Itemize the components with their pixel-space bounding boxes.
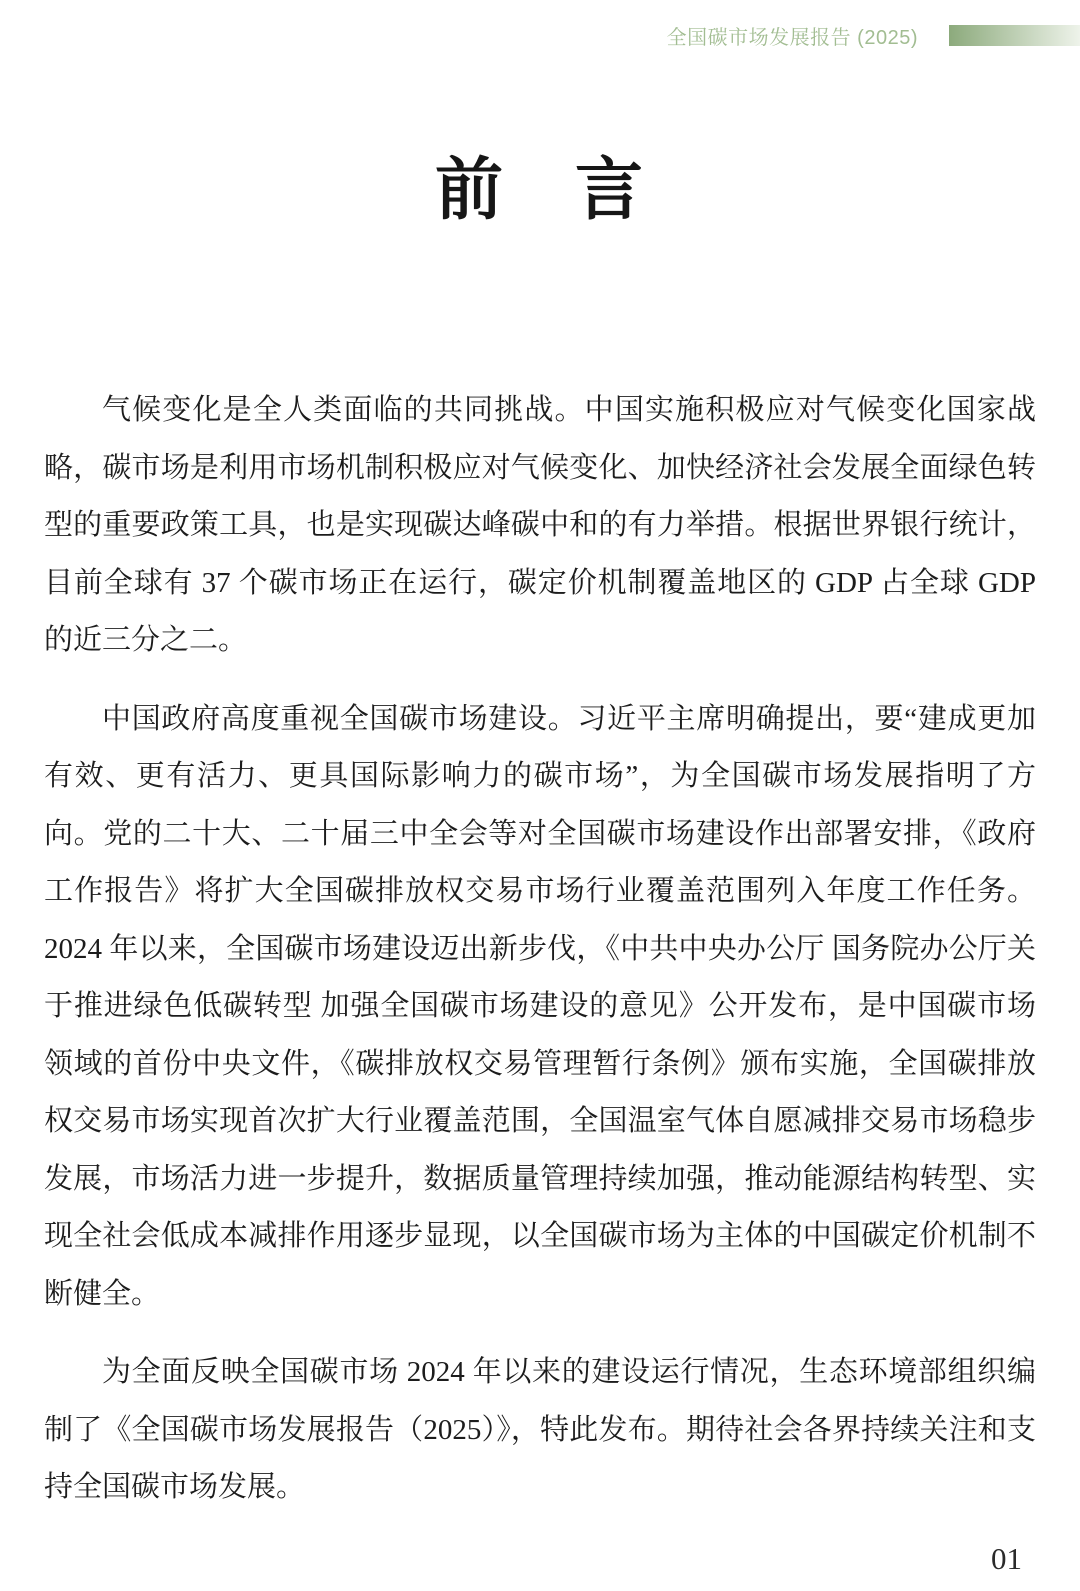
running-head-report-title: 全国碳市场发展报告 (2025) [667,21,918,50]
preface-paragraph-2: 中国政府高度重视全国碳市场建设。习近平主席明确提出，要“建成更加有效、更有活力、… [44,691,1036,1324]
document-page: 全国碳市场发展报告 (2025) 前 言 气候变化是全人类面临的共同挑战。中国实… [0,0,1080,1591]
page-header: 全国碳市场发展报告 (2025) [667,21,1080,50]
preface-paragraph-1: 气候变化是全人类面临的共同挑战。中国实施积极应对气候变化国家战略，碳市场是利用市… [44,382,1036,670]
header-accent-bar [949,25,1080,46]
preface-body: 气候变化是全人类面临的共同挑战。中国实施积极应对气候变化国家战略，碳市场是利用市… [44,382,1036,1538]
page-title: 前 言 [0,136,1080,233]
preface-paragraph-3: 为全面反映全国碳市场 2024 年以来的建设运行情况，生态环境部组织编制了《全国… [44,1344,1036,1517]
page-number: 01 [991,1541,1022,1577]
